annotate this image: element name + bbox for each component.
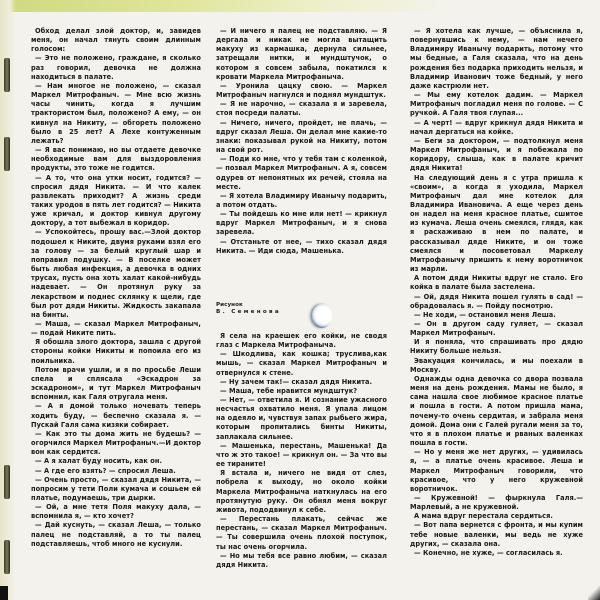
page-corner-shadow xyxy=(0,586,8,600)
paragraph: — Поди ко мне, что у тебя там с коленкой… xyxy=(216,155,387,192)
paragraph: — Но у меня же нет других, — удивилась я… xyxy=(410,448,583,494)
paragraph: — Как это ты дома жить не будешь? — огор… xyxy=(31,430,201,457)
illustration-fragment xyxy=(312,304,332,328)
paragraph: — А то, что она утки носит, годится? — с… xyxy=(31,174,201,229)
paragraph: — Не ходи, — остановил меня Леша. xyxy=(410,311,583,320)
paragraph: — А черт! — вдруг крикнул дядя Никита и … xyxy=(410,119,583,137)
binding-ring xyxy=(4,58,10,92)
paragraph: — А я халат буду носить, как он. xyxy=(31,457,201,466)
paragraph: — Мы ему котелок дадим. — Маркел Митрофа… xyxy=(410,91,583,118)
paragraph: — Перестань плакать, сейчас же перестань… xyxy=(216,515,387,552)
text-column-3: — Я хотела как лучше, — объяснила я, пов… xyxy=(410,27,583,558)
paragraph: Я встала и, ничего не видя от слез, побр… xyxy=(216,469,387,515)
paragraph: И я поняла, что спрашивать про дядю Ники… xyxy=(410,338,583,356)
paragraph: Потом врачи ушли, и я по просьбе Леши сп… xyxy=(31,366,201,403)
paragraph: — А я домой только ночевать теперь ходит… xyxy=(31,402,201,429)
binding-ring xyxy=(4,540,10,574)
paragraph: — А где его взять? — спросил Леша. xyxy=(31,467,201,476)
paragraph: — Ой, а мне тетя Поля макуху дала, — всп… xyxy=(31,503,201,521)
paragraph: Я села на краешек его койки, не сводя гл… xyxy=(216,332,387,350)
paragraph: — Шкодлива, как кошка; труслива,как мышь… xyxy=(216,350,387,377)
paragraph: — Ты пойдешь ко мне или нет! — крикнул в… xyxy=(216,210,387,237)
paragraph: — Маша, — сказал Маркел Митрофаныч, — по… xyxy=(31,320,201,338)
paragraph: — И ничего я палец не подставляю. — Я де… xyxy=(216,27,387,82)
credit-label: Рисунок xyxy=(216,302,387,309)
paragraph: На следующий день я с утра пришла к «сво… xyxy=(410,174,583,275)
paragraph: — Я не нарочно, — сказала я и заревела, … xyxy=(216,100,387,118)
paragraph: — Он в другом саду гуляет, — сказал Марк… xyxy=(410,320,583,338)
paragraph: — Отстаньте от нее, — тихо сказал дядя Н… xyxy=(216,238,387,256)
paragraph: — Очень просто, — сказал дядя Никита, — … xyxy=(31,476,201,503)
paragraph: — Но мы тебя все равно любим, — сказал д… xyxy=(216,552,387,570)
top-color-band xyxy=(0,0,600,12)
paragraph: — Нет, — ответила я. И сознание ужасного… xyxy=(216,396,387,442)
paragraph: Я обошла злого доктора, зашла с другой с… xyxy=(31,338,201,365)
paragraph: — Это не положено, граждане, я сколько р… xyxy=(31,54,201,81)
paragraph: — Беги за доктором, — подтолкнул меня Ма… xyxy=(410,137,583,174)
credit-author: В. Семенова xyxy=(216,309,387,316)
paragraph: — Конечно, не хуже, — согласилась я. xyxy=(410,549,583,558)
text-column-1: Обход делал злой доктор, и, завидев меня… xyxy=(31,27,201,549)
paragraph: — Я вас понимаю, но вы отдаете девочке н… xyxy=(31,146,201,173)
paragraph: — Кружевной! — фыркнула Галя.— Марлевый,… xyxy=(410,494,583,512)
paragraph: — Нам многое не положено, — сказал Марке… xyxy=(31,82,201,146)
page-edge-shadow xyxy=(588,586,600,600)
paragraph: А потом дяди Никиты вдруг не стало. Его … xyxy=(410,274,583,292)
paragraph: — Ничего, ничего, пройдет, не плачь, — в… xyxy=(216,119,387,156)
paragraph: — Уронила цацку свою. — Маркел Митрофаны… xyxy=(216,82,387,100)
paragraph: Обход делал злой доктор, и, завидев меня… xyxy=(31,27,201,54)
page-binding xyxy=(0,0,16,600)
paragraph: — Вот папа вернется с фронта, и мы купим… xyxy=(410,521,583,548)
paragraph: — Успокойтесь, прошу вас.—Злой доктор по… xyxy=(31,228,201,320)
paragraph: — Маша, тебе нравится мундштук? xyxy=(216,387,387,396)
paragraph: Однажды одна девочка со двора позвала ме… xyxy=(410,375,583,448)
paragraph: — Ой, дядя Никита пошел гулять в сад! — … xyxy=(410,293,583,311)
binding-ring xyxy=(4,137,10,171)
illustration-credit: Рисунок В. Семенова xyxy=(216,302,387,326)
paragraph: — Ну зачем так!— сказал дядя Никита. xyxy=(216,378,387,387)
paragraph: — Я хотела как лучше, — объяснила я, пов… xyxy=(410,27,583,91)
paragraph: — Дай куснуть, — сказал Леша, — только п… xyxy=(31,521,201,548)
paragraph: Эвакуация кончилась, и мы поехали в Моск… xyxy=(410,357,583,375)
paragraph: А мама вдруг перестала сердиться. xyxy=(410,512,583,521)
paragraph: — Машенька, перестань, Машенька! Да что … xyxy=(216,442,387,469)
binding-ring xyxy=(4,465,10,499)
text-column-2: — И ничего я палец не подставляю. — Я де… xyxy=(216,27,387,570)
paragraph: — Я хотела Владимиру Иванычу подарить, а… xyxy=(216,192,387,210)
